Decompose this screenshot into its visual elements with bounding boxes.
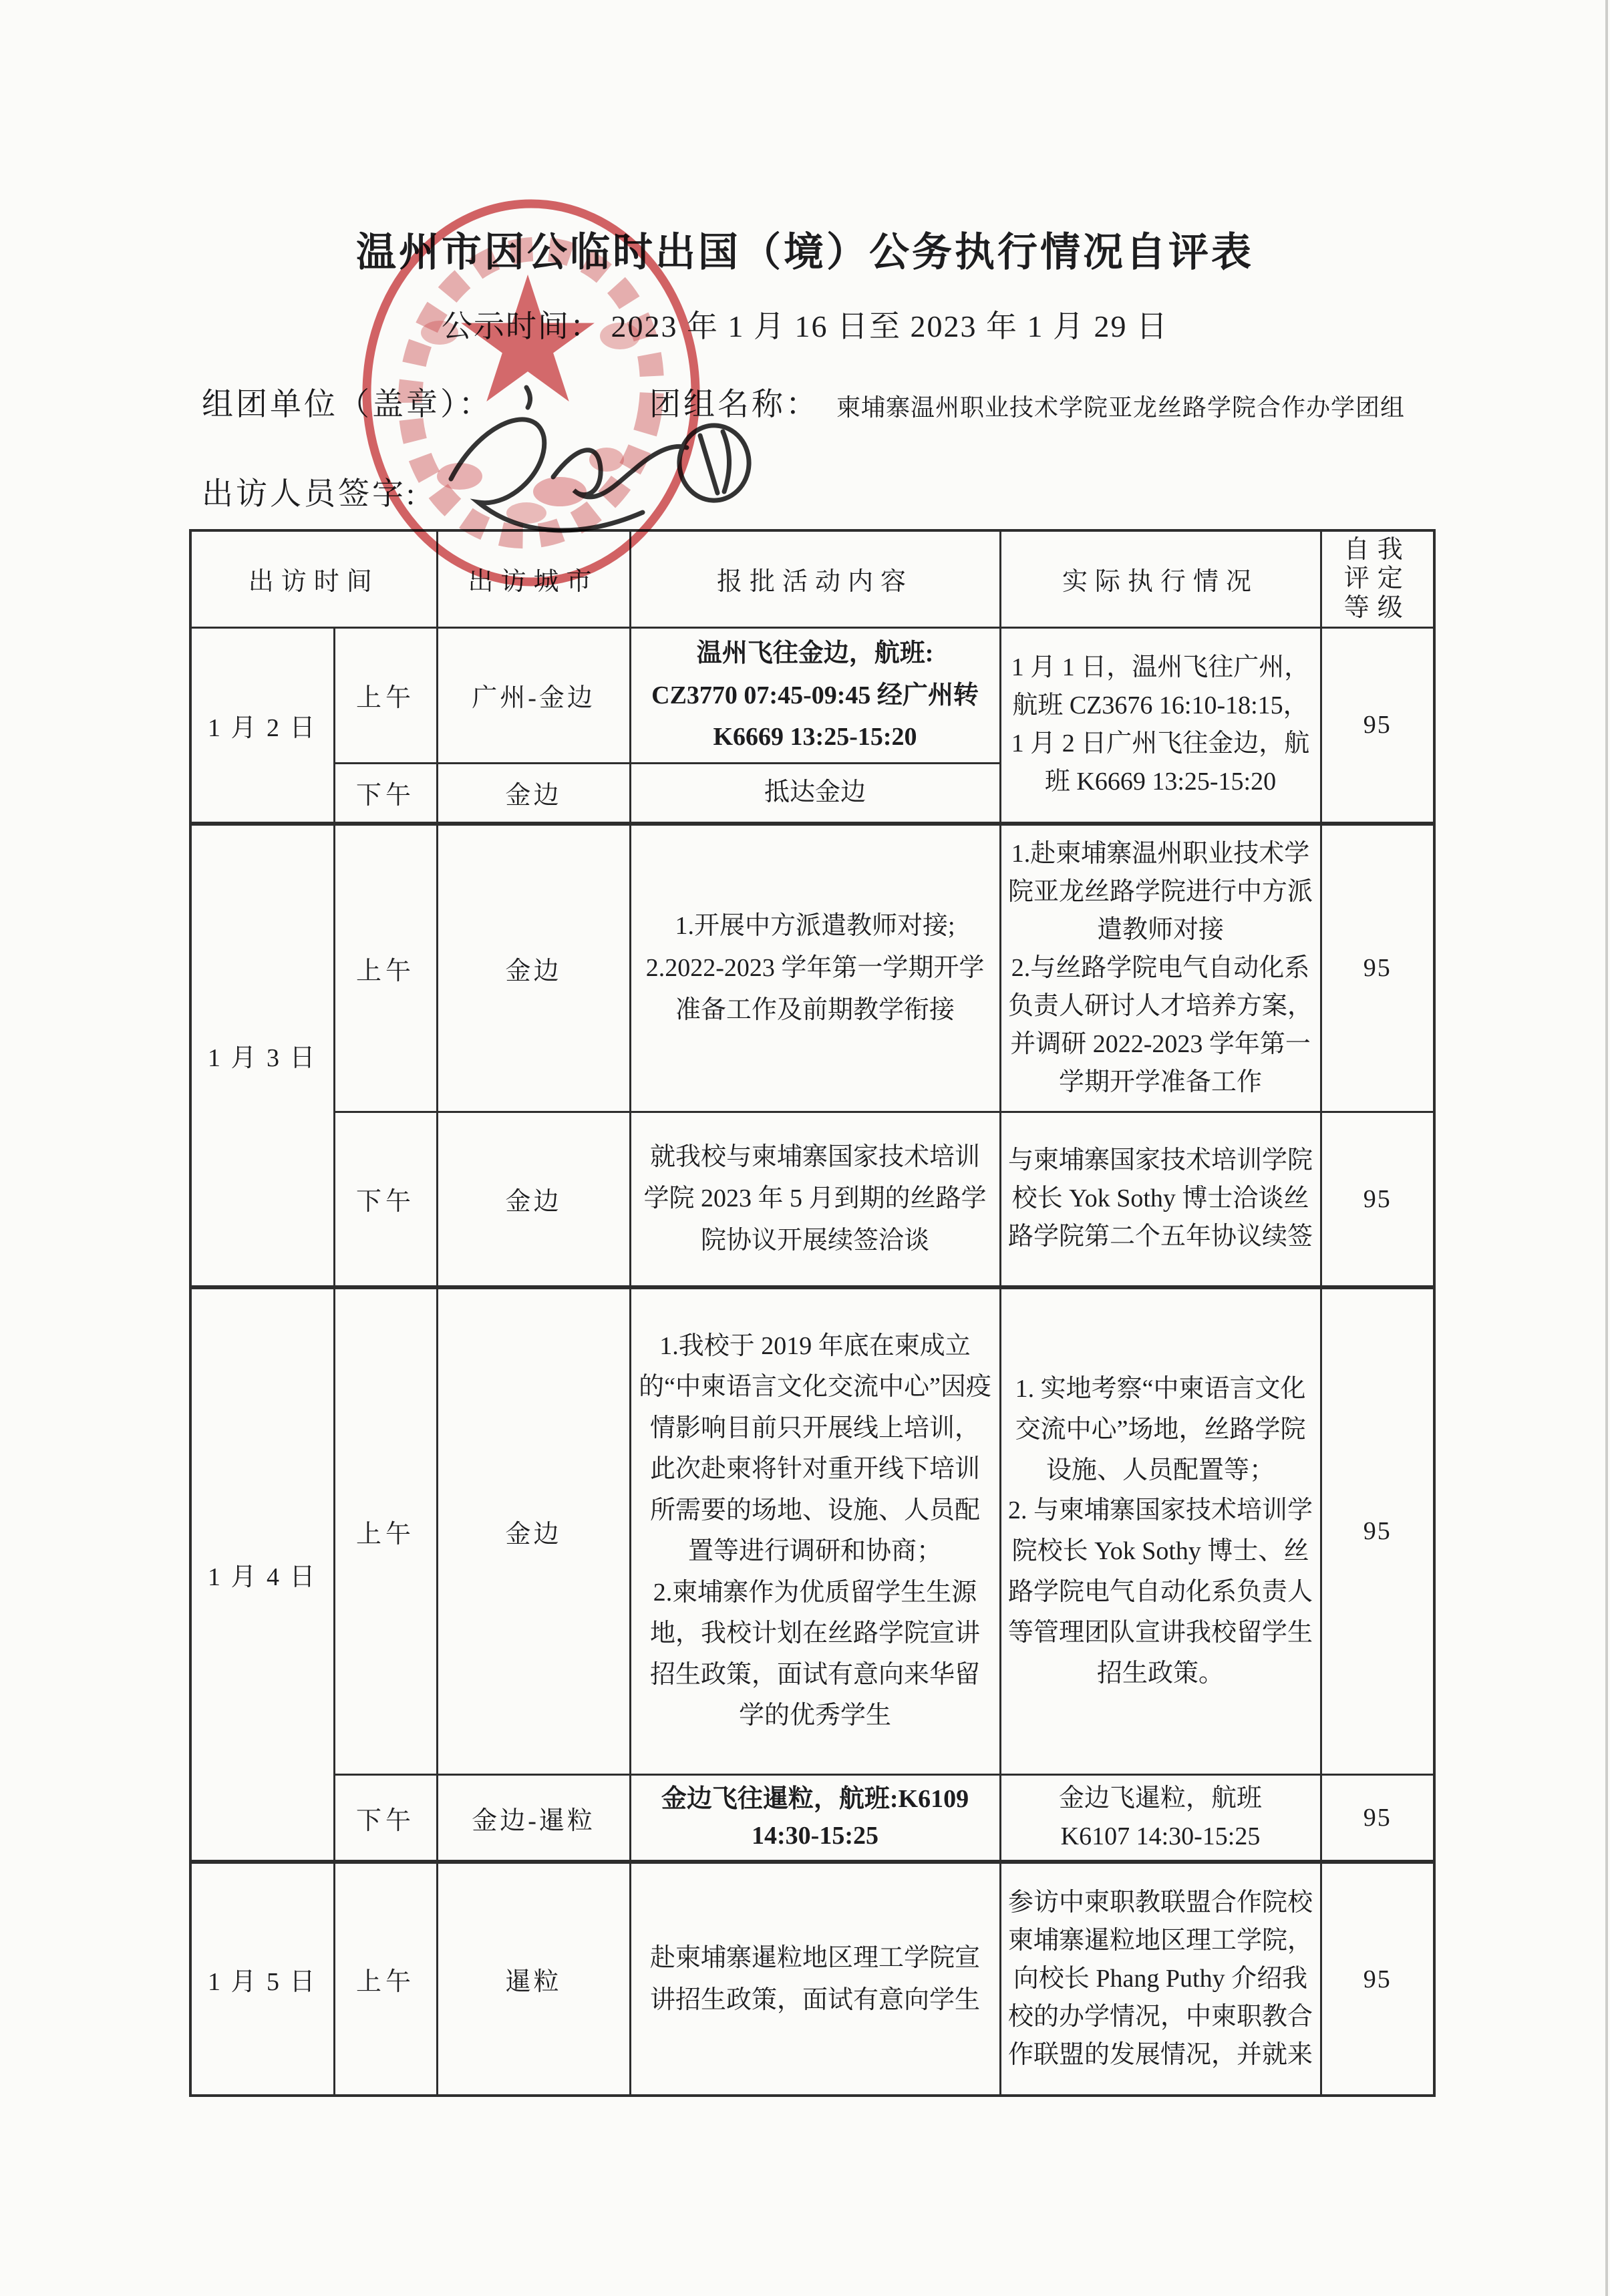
cell-jan3-am-actual: 1.赴柬埔寨温州职业技术学院亚龙丝路学院进行中方派遣教师对接 2.与丝路学院电气…	[1000, 824, 1321, 1112]
cell-jan4-pm-approved: 金边飞往暹粒，航班:K6109 14:30-15:25	[630, 1775, 1000, 1862]
cell-jan2-grade: 95	[1321, 627, 1434, 823]
cell-jan3-pm-grade: 95	[1321, 1112, 1434, 1287]
cell-jan5-grade: 95	[1321, 1862, 1434, 2096]
cell-jan3-pm-approved: 就我校与柬埔寨国家技术培训学院 2023 年 5 月到期的丝路学院协议开展续签洽…	[630, 1112, 1000, 1287]
publicity-period-line: 公示时间： 2023 年 1 月 16 日至 2023 年 1 月 29 日	[0, 302, 1610, 346]
header-self-rating: 自我评定等级	[1321, 530, 1434, 627]
cell-jan4-am-grade: 95	[1321, 1287, 1434, 1775]
table-row-jan4-pm: 下午 金边-暹粒 金边飞往暹粒，航班:K6109 14:30-15:25 金边飞…	[190, 1775, 1434, 1862]
page-title: 温州市因公临时出国（境）公务执行情况自评表	[0, 220, 1610, 278]
cell-jan2-am-label: 上午	[334, 627, 437, 763]
self-evaluation-table: 出访时间 出访城市 报批活动内容 实际执行情况 自我评定等级 1 月 2 日 上…	[189, 529, 1436, 2097]
table-row-jan5-am: 1 月 5 日 上午 暹粒 赴柬埔寨暹粒地区理工学院宣讲招生政策，面试有意向学生…	[190, 1862, 1434, 2096]
header-actual-execution: 实际执行情况	[1000, 530, 1321, 627]
cell-jan3-am-grade: 95	[1321, 824, 1434, 1112]
cell-jan3-am-city: 金边	[437, 824, 630, 1112]
cell-jan2-actual: 1 月 1 日，温州飞往广州，航班 CZ3676 16:10-18:15，1 月…	[1000, 627, 1321, 823]
cell-jan2-pm-approved: 抵达金边	[630, 764, 1000, 824]
cell-jan4-pm-label: 下午	[334, 1775, 437, 1862]
cell-jan4-pm-city: 金边-暹粒	[437, 1775, 630, 1862]
cell-jan3-date: 1 月 3 日	[190, 824, 334, 1287]
group-name-value: 柬埔寨温州职业技术学院亚龙丝路学院合作办学团组	[836, 389, 1438, 423]
cell-jan4-am-approved: 1.我校于 2019 年底在柬成立的“中柬语言文化交流中心”因疫情影响目前只开展…	[630, 1287, 1000, 1775]
organizer-seal-label: 组团单位（盖章）：	[202, 379, 493, 424]
cell-jan4-am-actual: 1. 实地考察“中柬语言文化交流中心”场地，丝路学院设施、人员配置等； 2. 与…	[1000, 1287, 1321, 1775]
cell-jan5-actual: 参访中柬职教联盟合作院校柬埔寨暹粒地区理工学院，向校长 Phang Puthy …	[1000, 1862, 1321, 2096]
cell-jan4-pm-actual: 金边飞暹粒，航班 K6107 14:30-15:25	[1000, 1775, 1321, 1862]
table-header-row: 出访时间 出访城市 报批活动内容 实际执行情况 自我评定等级	[190, 530, 1434, 627]
table-row-jan3-am: 1 月 3 日 上午 金边 1.开展中方派遣教师对接; 2.2022-2023 …	[190, 824, 1434, 1112]
cell-jan2-date: 1 月 2 日	[190, 627, 334, 823]
cell-jan2-pm-label: 下午	[334, 764, 437, 824]
traveler-signature-label: 出访人员签字:	[202, 469, 418, 514]
cell-jan3-am-approved: 1.开展中方派遣教师对接; 2.2022-2023 学年第一学期开学准备工作及前…	[630, 824, 1000, 1112]
header-approved-activities: 报批活动内容	[630, 530, 1000, 627]
cell-jan2-am-city: 广州-金边	[437, 627, 630, 763]
cell-jan3-pm-label: 下午	[334, 1112, 437, 1287]
cell-jan2-am-approved: 温州飞往金边，航班: CZ3770 07:45-09:45 经广州转 K6669…	[630, 627, 1000, 763]
cell-jan4-am-label: 上午	[334, 1287, 437, 1775]
cell-jan4-am-city: 金边	[437, 1287, 630, 1775]
cell-jan3-am-label: 上午	[334, 824, 437, 1112]
cell-jan5-date: 1 月 5 日	[190, 1862, 334, 2096]
scanned-document-page: { "document": { "title": "温州市因公临时出国（境）公务…	[0, 0, 1610, 2296]
cell-jan5-city: 暹粒	[437, 1862, 630, 2096]
cell-jan5-approved: 赴柬埔寨暹粒地区理工学院宣讲招生政策，面试有意向学生	[630, 1862, 1000, 2096]
cell-jan3-pm-actual: 与柬埔寨国家技术培训学院校长 Yok Sothy 博士洽谈丝路学院第二个五年协议…	[1000, 1112, 1321, 1287]
header-visit-time: 出访时间	[190, 530, 437, 627]
header-visit-city: 出访城市	[437, 530, 630, 627]
cell-jan2-pm-city: 金边	[437, 764, 630, 824]
cell-jan4-pm-grade: 95	[1321, 1775, 1434, 1862]
table-row-jan2-am: 1 月 2 日 上午 广州-金边 温州飞往金边，航班: CZ3770 07:45…	[190, 627, 1434, 763]
table-row-jan3-pm: 下午 金边 就我校与柬埔寨国家技术培训学院 2023 年 5 月到期的丝路学院协…	[190, 1112, 1434, 1287]
group-name-label: 团组名称：	[649, 379, 820, 424]
cell-jan5-am-label: 上午	[334, 1862, 437, 2096]
table-row-jan4-am: 1 月 4 日 上午 金边 1.我校于 2019 年底在柬成立的“中柬语言文化交…	[190, 1287, 1434, 1775]
cell-jan3-pm-city: 金边	[437, 1112, 630, 1287]
cell-jan4-date: 1 月 4 日	[190, 1287, 334, 1862]
